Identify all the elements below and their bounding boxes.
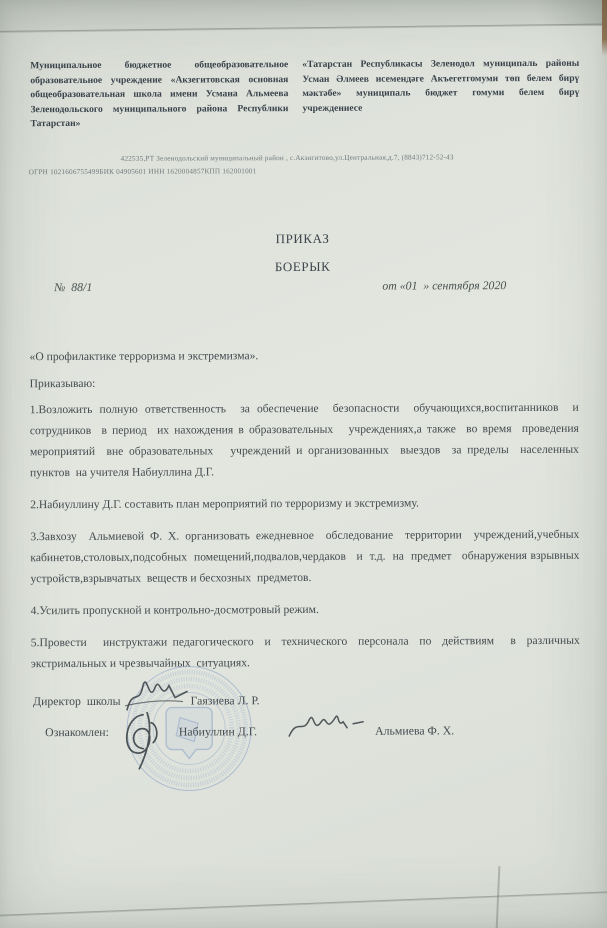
- order-item-4: 4.Усилить пропускной и контрольно-досмот…: [31, 598, 580, 621]
- order-body: 1.Возложить полную ответственность за об…: [30, 397, 580, 685]
- signature-block: Директор школы Гаязиева Л. Р. Ознакомлен…: [33, 685, 573, 746]
- director-label: Директор школы: [33, 693, 121, 708]
- director-name: Гаязиева Л. Р.: [191, 693, 260, 708]
- order-directive-word: Приказываю:: [30, 377, 96, 390]
- acknowledged-signature-2: [283, 708, 369, 746]
- document-title-russian: ПРИКАЗ: [0, 230, 606, 249]
- order-item-1: 1.Возложить полную ответственность за об…: [30, 397, 579, 483]
- letterhead-tatar: «Татарстан Республикасы Зеленодол муници…: [302, 57, 579, 131]
- order-date: от «01 » сентября 2020: [382, 278, 506, 294]
- acknowledged-label: Ознакомлен:: [45, 724, 109, 739]
- order-number: № 88/1: [54, 280, 92, 295]
- order-item-2: 2.Набиуллину Д.Г. составить план меропри…: [30, 492, 579, 515]
- order-subject: «О профилактике терроризма и экстремизма…: [30, 349, 259, 363]
- acknowledged-signature-1: [117, 709, 175, 773]
- acknowledged-signature-row: Ознакомлен: Набиуллин Д.Г. Альмиева Ф. Х…: [33, 716, 573, 746]
- document-title-tatar: БОЕРЫК: [0, 258, 606, 277]
- number-date-row: № 88/1 от «01 » сентября 2020: [54, 278, 506, 295]
- contacts-block: 422535,РТ Зеленодольский муниципальный р…: [29, 151, 576, 179]
- acknowledged-name-1: Набиуллин Д.Г.: [179, 724, 257, 739]
- registration-numbers-line: ОГРН 1021606755499БИК 04905601 ИНН 16200…: [29, 164, 576, 179]
- letterhead: Муниципальное бюджетное общеобразователь…: [30, 57, 579, 132]
- scanned-order-document: Муниципальное бюджетное общеобразователь…: [0, 0, 607, 928]
- order-item-3: 3.Завхозу Альмиевой Ф. Х. организовать е…: [30, 524, 579, 589]
- acknowledged-name-2: Альмиева Ф. Х.: [375, 723, 454, 738]
- letterhead-russian: Муниципальное бюджетное общеобразователь…: [30, 58, 288, 132]
- title-block: ПРИКАЗ БОЕРЫК: [0, 230, 606, 277]
- document-content: Муниципальное бюджетное общеобразователь…: [0, 0, 607, 928]
- order-item-5: 5.Провести инструктажи педагогического и…: [31, 630, 580, 674]
